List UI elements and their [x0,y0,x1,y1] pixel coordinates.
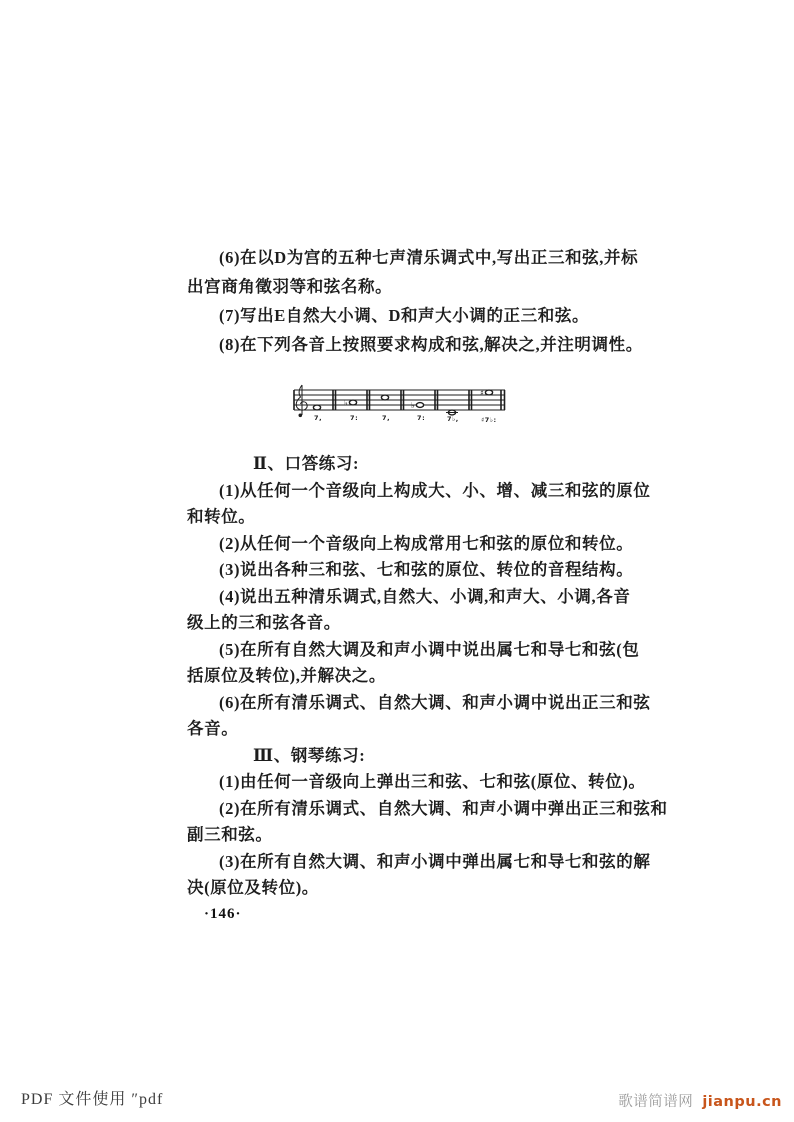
text-line: 副三和弦。 [187,822,617,849]
sharp-icon: ♯ [480,389,484,398]
section-heading-piano: Ⅲ、钢琴练习: [187,743,617,770]
exercise-paragraphs-written: (6)在以D为宫的五种七声清乐调式中,写出正三和弦,并标 出宫商角徵羽等和弦名称… [187,243,617,359]
site-url-link[interactable]: jianpu.cn [702,1094,782,1110]
site-name-label: 歌谱简谱网 [618,1094,693,1110]
staff-lines [294,390,505,410]
text-line: (4)说出五种清乐调式,自然大、小调,和声大、小调,各音 [187,584,617,611]
text-line: (6)在以D为宫的五种七声清乐调式中,写出正三和弦,并标 [187,243,617,272]
text-line: 出宫商角徵羽等和弦名称。 [187,272,617,301]
text-line: (1)从任何一个音级向上构成大、小、增、减三和弦的原位 [187,478,617,505]
accidentals: ♭ ♭ ♯ [344,389,484,411]
text-line: (6)在所有清乐调式、自然大调、和声小调中说出正三和弦 [187,690,617,717]
text-line: 决(原位及转位)。 [187,875,617,902]
text-line: 各音。 [187,716,617,743]
page-number: ·146· [187,906,617,923]
text-line: (8)在下列各音上按照要求构成和弦,解决之,并注明调性。 [187,330,617,359]
text-line: 括原位及转位),并解决之。 [187,663,617,690]
pdf-watermark: PDF 文件使用 ″pdf [21,1086,163,1109]
text-line: (3)在所有自然大调、和声小调中弹出属七和导七和弦的解 [187,849,617,876]
text-line: 和转位。 [187,504,617,531]
figure-label: 7, [382,414,390,422]
figure-label: ♯7♭: [481,416,497,424]
chord-figures: 7, 7: 7, 7: 7♭, ♯7♭: [314,414,497,424]
figure-label: 7: [350,414,358,422]
text-block: (6)在以D为宫的五种七声清乐调式中,写出正三和弦,并标 出宫商角徵羽等和弦名称… [187,243,617,923]
music-staff-example: ♭ ♭ ♯ 7, 7: 7, 7: 7♭, ♯7♭: [281,380,507,426]
music-staff-svg: ♭ ♭ ♯ 7, 7: 7, 7: 7♭, ♯7♭: [281,380,507,426]
text-line: (1)由任何一音级向上弹出三和弦、七和弦(原位、转位)。 [187,769,617,796]
text-line: (2)在所有清乐调式、自然大调、和声小调中弹出正三和弦和 [187,796,617,823]
figure-label: 7♭, [447,415,459,423]
exercise-paragraphs-oral-piano: Ⅱ、口答练习: (1)从任何一个音级向上构成大、小、增、减三和弦的原位 和转位。… [187,451,617,902]
flat-icon: ♭ [344,399,348,408]
flat-icon: ♭ [411,401,415,410]
text-line: (3)说出各种三和弦、七和弦的原位、转位的音程结构。 [187,557,617,584]
text-line: (2)从任何一个音级向上构成常用七和弦的原位和转位。 [187,531,617,558]
text-line: 级上的三和弦各音。 [187,610,617,637]
text-line: (5)在所有自然大调及和声小调中说出属七和导七和弦(包 [187,637,617,664]
figure-label: 7: [417,414,425,422]
scanned-document-page: (6)在以D为宫的五种七声清乐调式中,写出正三和弦,并标 出宫商角徵羽等和弦名称… [0,0,794,1122]
text-line: (7)写出E自然大小调、D和声大小调的正三和弦。 [187,301,617,330]
section-heading-oral: Ⅱ、口答练习: [187,451,617,478]
site-watermark: 歌谱简谱网 jianpu.cn [618,1090,782,1111]
figure-label: 7, [314,414,322,422]
